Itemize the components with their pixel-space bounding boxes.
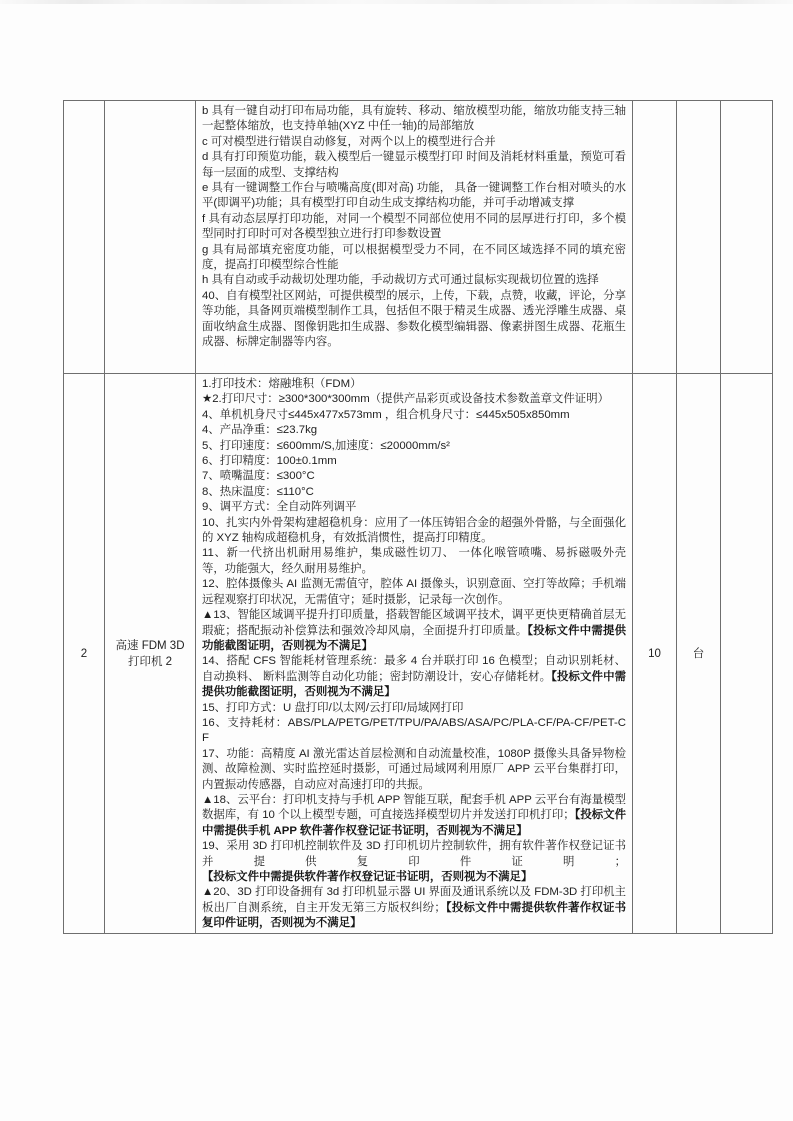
spec-paragraph: 4、产品净重：≤23.7kg [202,423,626,438]
spec-segment-bold: 【投标文件中需提供软件著作权登记证书证明，否则视为不满足】 [202,871,532,883]
empty-cell [721,374,773,934]
spec-segment: 40、自有模型社区网站，可提供模型的展示，上传，下载，点赞，收藏，评论，分享等功… [202,290,626,348]
spec-paragraph: ▲13、智能区域调平提升打印质量，搭载智能区域调平技术，调平更快更精确首层无瑕疵… [202,608,626,654]
spec-table-body: b 具有一键自动打印布局功能，具有旋转、移动、缩放模型功能，缩放功能支持三轴一起… [64,101,773,934]
spec-segment: 7、喷嘴温度：≤300°C [202,470,315,482]
item-qty: 10 [648,648,661,660]
spec-segment: 6、打印精度：100±0.1mm [202,455,337,467]
item-spec-cell: 1.打印技术：熔融堆积（FDM）★2.打印尺寸：≥300*300*300mm（提… [196,374,633,934]
spec-paragraph: e 具有一键调整工作台与喷嘴高度(即对高) 功能， 具备一键调整工作台相对喷头的… [202,181,626,212]
spec-paragraph: 4、单机机身尺寸≤445x477x573mm ，组合机身尺寸：≤445x505x… [202,408,626,423]
spec-segment: h 具有自动或手动裁切处理功能，手动裁切方式可通过鼠标实现裁切位置的选择 [202,274,599,286]
equipment-spec-table: b 具有一键自动打印布局功能，具有旋转、移动、缩放模型功能，缩放功能支持三轴一起… [63,100,773,934]
spec-paragraph-list: 1.打印技术：熔融堆积（FDM）★2.打印尺寸：≥300*300*300mm（提… [202,377,626,931]
spec-segment: 1.打印技术：熔融堆积（FDM） [202,378,361,390]
item-index: 2 [81,648,87,660]
table-row: 2高速 FDM 3D 打印机 21.打印技术：熔融堆积（FDM）★2.打印尺寸：… [64,374,773,934]
spec-segment: 12、腔体摄像头 AI 监测无需值守，腔体 AI 摄像头，识别意面、空打等故障；… [202,578,626,605]
spec-segment: ★2.打印尺寸：≥300*300*300mm（提供产品彩页或设备技术参数盖章文件… [202,393,609,405]
spec-paragraph: ★2.打印尺寸：≥300*300*300mm（提供产品彩页或设备技术参数盖章文件… [202,392,626,407]
spec-paragraph: 10、扎实内外骨架构建超稳机身：应用了一体压铸铝合金的超强外骨骼，与全面强化的 … [202,516,626,547]
spec-paragraph: 11、新一代挤出机耐用易维护，集成磁性切刀、 一体化喉管喷嘴、易拆磁吸外壳等，功… [202,546,626,577]
spec-paragraph: b 具有一键自动打印布局功能，具有旋转、移动、缩放模型功能，缩放功能支持三轴一起… [202,104,626,135]
spec-segment: 8、热床温度：≤110°C [202,486,314,498]
spec-segment: d 具有打印预览功能，载入模型后一键显示模型打印 时间及消耗材料重量，预览可看每… [202,151,626,178]
item-qty-cell: 10 [633,374,677,934]
spec-segment: 15、打印方式：U 盘打印/以太网/云打印/局域网打印 [202,702,463,714]
spec-paragraph: 17、功能：高精度 AI 激光雷达首层检测和自动流量校准，1080P 摄像头具备… [202,747,626,793]
spec-paragraph: 16、支持耗材：ABS/PLA/PETG/PET/TPU/PA/ABS/ASA/… [202,716,626,747]
spec-segment: ▲18、云平台：打印机支持与手机 APP 智能互联，配套手机 APP 云平台有海… [202,794,626,821]
spec-segment: 9、调平方式：全自动阵列调平 [202,501,356,513]
document-page: b 具有一键自动打印布局功能，具有旋转、移动、缩放模型功能，缩放功能支持三轴一起… [0,0,793,1121]
item-name-cell: 高速 FDM 3D 打印机 2 [105,374,196,934]
spec-paragraph: 9、调平方式：全自动阵列调平 [202,500,626,515]
spec-segment: b 具有一键自动打印布局功能，具有旋转、移动、缩放模型功能，缩放功能支持三轴一起… [202,105,626,132]
spec-paragraph: 1.打印技术：熔融堆积（FDM） [202,377,626,392]
spec-segment: 5、打印速度：≤600mm/S,加速度：≤20000mm/s² [202,440,450,452]
spec-paragraph: 12、腔体摄像头 AI 监测无需值守，腔体 AI 摄像头，识别意面、空打等故障；… [202,577,626,608]
spec-segment: c 可对模型进行错误自动修复，对两个以上的模型进行合并 [202,136,496,148]
spec-paragraph: h 具有自动或手动裁切处理功能，手动裁切方式可通过鼠标实现裁切位置的选择 [202,273,626,288]
spec-segment: f 具有动态层厚打印功能，对同一个模型不同部位使用不同的层厚进行打印，多个模型同… [202,213,626,240]
item-unit-cell: 台 [677,374,721,934]
spec-paragraph-list: b 具有一键自动打印布局功能，具有旋转、移动、缩放模型功能，缩放功能支持三轴一起… [202,104,626,370]
spec-paragraph: 5、打印速度：≤600mm/S,加速度：≤20000mm/s² [202,439,626,454]
spec-paragraph: 19、采用 3D 打印机控制软件及 3D 打印机切片控制软件，拥有软件著作权登记… [202,839,626,885]
spec-segment: 10、扎实内外骨架构建超稳机身：应用了一体压铸铝合金的超强外骨骼，与全面强化的 … [202,517,626,544]
spec-segment: g 具有局部填充密度功能，可以根据模型受力不同，在不同区域选择不同的填充密度，提… [202,244,626,271]
spec-paragraph: ▲18、云平台：打印机支持与手机 APP 智能互联，配套手机 APP 云平台有海… [202,793,626,839]
spec-segment: 16、支持耗材：ABS/PLA/PETG/PET/TPU/PA/ABS/ASA/… [202,717,626,744]
item-spec-cell: b 具有一键自动打印布局功能，具有旋转、移动、缩放模型功能，缩放功能支持三轴一起… [196,101,633,374]
spec-paragraph: f 具有动态层厚打印功能，对同一个模型不同部位使用不同的层厚进行打印，多个模型同… [202,212,626,243]
item-index-cell: 2 [64,374,105,934]
item-name: 高速 FDM 3D 打印机 2 [116,640,185,668]
spec-paragraph: 40、自有模型社区网站，可提供模型的展示，上传，下载，点赞，收藏，评论，分享等功… [202,289,626,351]
spec-paragraph: 6、打印精度：100±0.1mm [202,454,626,469]
item-name-cell [105,101,196,374]
item-unit: 台 [693,648,705,660]
empty-cell [721,101,773,374]
spec-segment: 17、功能：高精度 AI 激光雷达首层检测和自动流量校准，1080P 摄像头具备… [202,748,626,791]
spec-paragraph: 8、热床温度：≤110°C [202,485,626,500]
item-qty-cell [633,101,677,374]
item-unit-cell [677,101,721,374]
spec-paragraph: 15、打印方式：U 盘打印/以太网/云打印/局域网打印 [202,701,626,716]
spec-segment: e 具有一键调整工作台与喷嘴高度(即对高) 功能， 具备一键调整工作台相对喷头的… [202,182,626,209]
item-index-cell [64,101,105,374]
spec-segment: 4、单机机身尺寸≤445x477x573mm ，组合机身尺寸：≤445x505x… [202,409,570,421]
spec-paragraph: d 具有打印预览功能，载入模型后一键显示模型打印 时间及消耗材料重量，预览可看每… [202,150,626,181]
table-row: b 具有一键自动打印布局功能，具有旋转、移动、缩放模型功能，缩放功能支持三轴一起… [64,101,773,374]
spec-paragraph: 7、喷嘴温度：≤300°C [202,469,626,484]
spec-paragraph: ▲20、3D 打印设备拥有 3d 打印机显示器 UI 界面及通讯系统以及 FDM… [202,885,626,931]
spec-segment: 19、采用 3D 打印机控制软件及 3D 打印机切片控制软件，拥有软件著作权登记… [202,840,626,867]
spec-segment: 11、新一代挤出机耐用易维护，集成磁性切刀、 一体化喉管喷嘴、易拆磁吸外壳等，功… [202,547,626,574]
spec-segment: 4、产品净重：≤23.7kg [202,424,317,436]
spec-paragraph: g 具有局部填充密度功能，可以根据模型受力不同，在不同区域选择不同的填充密度，提… [202,243,626,274]
spec-paragraph: c 可对模型进行错误自动修复，对两个以上的模型进行合并 [202,135,626,150]
scan-artifact-top-edge [0,0,793,4]
spec-paragraph: 14、搭配 CFS 智能耗材管理系统：最多 4 台并联打印 16 色模型；自动识… [202,654,626,700]
